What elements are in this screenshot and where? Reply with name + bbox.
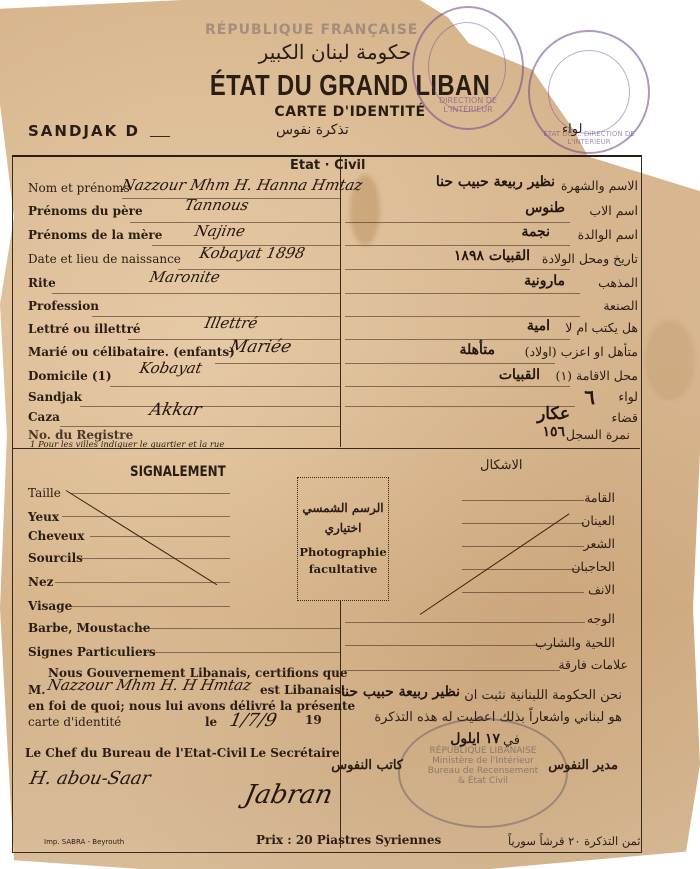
value-fr-handwritten: Kobayat 1898 — [198, 244, 307, 262]
photo-label-fr: Photographiefacultative — [298, 544, 388, 578]
label-barbe-moustache: Barbe, Moustache — [28, 621, 150, 635]
value-fr-handwritten: Tannous — [183, 196, 250, 214]
label-fr: Lettré ou illettré — [28, 322, 141, 336]
violet-stamp-right: ÉTAT DU ... DIRECTION DE L'INTÉRIEUR — [528, 30, 650, 154]
label-fr: Sandjak — [28, 390, 82, 404]
label-fr: Caza — [28, 410, 60, 424]
label-sourcils: Sourcils — [28, 551, 83, 565]
label-ar: محل الاقامة (١) — [556, 368, 638, 383]
value-fr-handwritten: Mariée — [228, 337, 293, 357]
label-ar: قضاء — [611, 410, 638, 425]
label-visage: Visage — [28, 599, 72, 613]
value-fr-handwritten: Nazzour Mhm H. Hanna Hmtaz — [120, 176, 364, 194]
stamp-text: DIRECTION DE L'INTÉRIEUR — [414, 96, 522, 114]
ghost-stamp-text: RÉPUBLIQUE FRANÇAISE — [205, 22, 418, 38]
value-ar-handwritten: مارونية — [524, 273, 565, 289]
bottom-stamp: RÉPUBLIQUE LIBANAISE Ministère de l'Inté… — [398, 718, 568, 828]
footnote-fr: 1 Pour les villes indiquer le quartier e… — [30, 440, 224, 450]
value-ar-handwritten: نجمة — [521, 224, 550, 240]
label-taille: Taille — [28, 486, 61, 500]
label-yeux: Yeux — [28, 510, 59, 524]
chef-signature: H. abou-Saar — [28, 768, 153, 789]
value-ar-handwritten: ١٥٦ — [542, 424, 565, 440]
value-fr-handwritten: Akkar — [148, 400, 203, 420]
label-ar: المذهب — [598, 275, 638, 290]
chef-bureau-label: Le Chef du Bureau de l'Etat-Civil — [25, 746, 247, 760]
label-ar: متأهل او اعزب (اولاد) — [525, 344, 638, 359]
label-ar: تاريخ ومحل الولادة — [542, 251, 638, 266]
signalement-title: SIGNALEMENT — [130, 464, 226, 480]
label-fr: Date et lieu de naissance — [28, 252, 181, 266]
arabic-director-label: مدير النفوس — [548, 758, 618, 773]
secretaire-label: Le Secrétaire — [250, 746, 340, 760]
arabic-government-heading: حكومة لبنان الكبير — [245, 40, 425, 64]
value-ar-handwritten: متأهلة — [459, 342, 495, 358]
label-ar-aynan: العينان — [581, 513, 615, 528]
label-fr: Marié ou célibataire. (enfants) — [28, 345, 235, 359]
value-ar-handwritten: القبيات — [499, 367, 540, 383]
label-ar-alamat: علامات فارقة — [558, 657, 628, 672]
stain — [645, 320, 695, 400]
signalement-title-ar: الاشكال — [480, 458, 523, 473]
label-ar: الاسم والشهرة — [561, 178, 638, 193]
label-fr: Nom et prénoms — [28, 181, 130, 195]
column-divider-bottom — [340, 600, 341, 848]
label-fr: Prénoms de la mère — [28, 228, 162, 242]
column-divider — [340, 157, 341, 447]
sandjak-blank-line — [150, 136, 170, 137]
label-ar: اسم الوالدة — [578, 227, 638, 242]
sandjak-label: SANDJAK D — [28, 122, 140, 140]
photo-label-ar: الرسم الشمسياختياري — [298, 498, 388, 538]
price-ar: ثمن التذكرة ٢٠ قرشاً سورياً — [508, 834, 640, 848]
label-cheveux: Cheveux — [28, 529, 84, 543]
label-fr: Rite — [28, 276, 56, 290]
label-ar: هل يكتب ام لا — [565, 320, 638, 335]
label-ar-anf: الانف — [588, 582, 615, 597]
certified-name-ar-handwritten: نظير ربيعة حبيب حنا — [341, 684, 460, 700]
value-fr-handwritten: Maronite — [148, 268, 222, 286]
value-ar-handwritten: امية — [527, 318, 550, 334]
price-fr: Prix : 20 Piastres Syriennes — [256, 833, 441, 847]
arabic-secretary-label: كاتب النفوس — [331, 758, 403, 773]
issue-date-handwritten: 1/7/9 — [228, 710, 279, 731]
label-signes-particuliers: Signes Particuliers — [28, 645, 156, 659]
stamp-text: ÉTAT DU ... DIRECTION DE L'INTÉRIEUR — [539, 130, 639, 146]
label-ar: نمرة السجل — [566, 427, 630, 442]
label-fr: Domicile (1) — [28, 369, 112, 383]
value-fr-handwritten: Najine — [193, 222, 247, 240]
label-fr: Profession — [28, 299, 99, 313]
label-ar: اسم الاب — [589, 203, 638, 218]
value-ar-handwritten: القبيات ١٨٩٨ — [454, 248, 530, 264]
label-ar-wajh: الوجه — [587, 611, 615, 626]
etat-civil-title: Etat · Civil — [290, 158, 365, 173]
label-fr: Prénoms du père — [28, 204, 143, 218]
value-fr-handwritten: Kobayat — [138, 359, 204, 377]
printer-credit: Imp. SABRA - Beyrouth — [44, 838, 124, 846]
value-fr-handwritten: Illettré — [203, 314, 259, 332]
secretaire-signature: Jabran — [242, 780, 336, 810]
label-ar-qama: القامة — [584, 490, 615, 505]
value-ar-handwritten: عكار — [537, 404, 570, 424]
violet-stamp-left: DIRECTION DE L'INTÉRIEUR — [412, 6, 524, 130]
photo-box: الرسم الشمسياختياري Photographiefacultat… — [297, 477, 389, 601]
certified-name-handwritten: Nazzour Mhm H. H Hmtaz — [46, 676, 253, 694]
label-ar-lihya: اللحية والشارب — [535, 635, 615, 650]
label-ar: لواء — [618, 389, 638, 404]
label-ar: الصنعة — [603, 298, 638, 313]
value-ar-handwritten: ٦ — [584, 385, 595, 409]
label-ar-hajiban: الحاجبان — [571, 559, 615, 574]
value-ar-handwritten: نظير ربيعة حبيب حنا — [436, 174, 555, 190]
value-ar-handwritten: طنوس — [525, 200, 565, 216]
label-ar-shaar: الشعر — [584, 536, 615, 551]
label-nez: Nez — [28, 575, 53, 589]
arabic-card-label: تذكرة نفوس — [276, 122, 349, 138]
